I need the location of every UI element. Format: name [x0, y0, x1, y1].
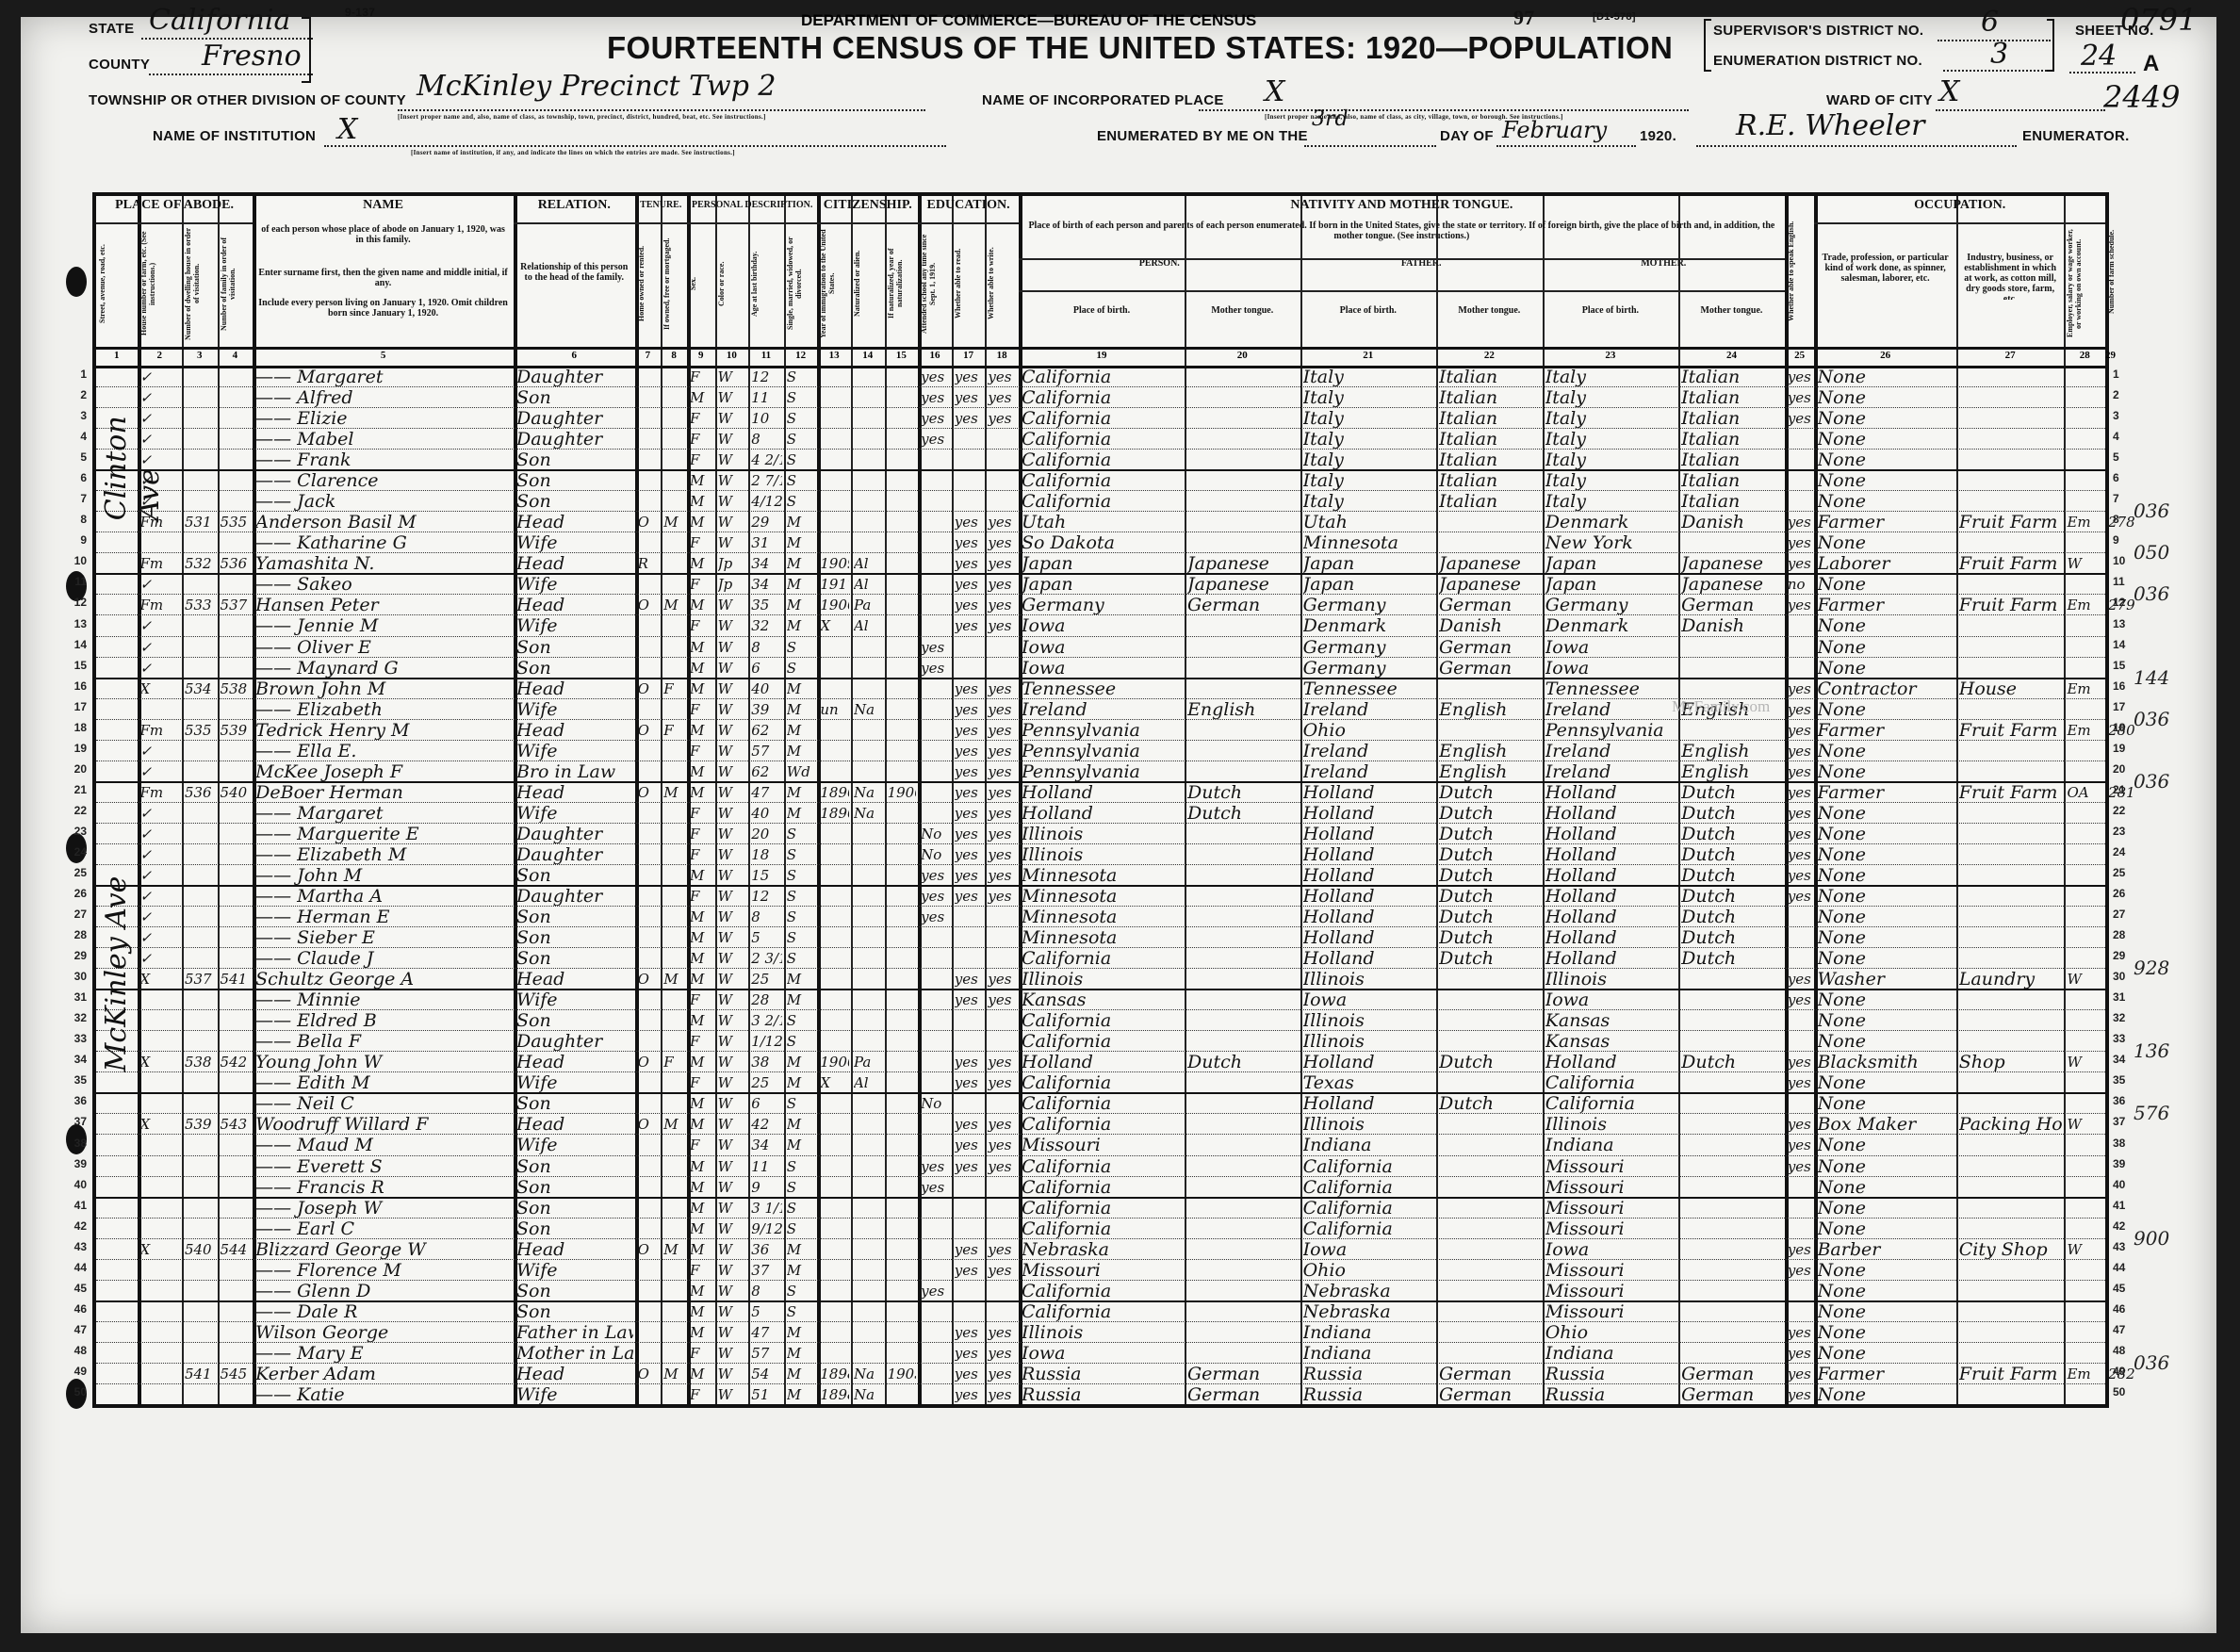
cell-employer: [2067, 490, 2103, 511]
table-row: —— Glenn DSonMW8SyesCaliforniaNebraskaMi…: [96, 1280, 2105, 1300]
cell-marital: S: [787, 843, 816, 864]
cell-race: W: [718, 947, 747, 968]
cell-natyr: [888, 1051, 917, 1071]
cell-house: [140, 1218, 180, 1238]
table-row: X534538Brown John MHeadOFMW40MyesyesTenn…: [96, 678, 2105, 698]
cell-trade: Farmer: [1817, 1363, 1954, 1383]
cell-relation: Wife: [516, 1259, 633, 1280]
cell-marital: S: [787, 1030, 816, 1051]
cell-school: [921, 614, 950, 635]
cell-own: [638, 1342, 660, 1363]
cell-sex: M: [690, 1218, 713, 1238]
cell-f-pob: Indiana: [1303, 1134, 1434, 1154]
cell-age: 57: [751, 1342, 782, 1363]
cell-english: yes: [1788, 989, 1813, 1009]
column-number: 27: [1956, 350, 2065, 361]
cell-m-pob: Illinois: [1545, 1113, 1676, 1134]
line-number-left: 21: [64, 783, 87, 796]
cell-m-tongue: German: [1681, 1363, 1783, 1383]
line-number-left: 14: [64, 638, 87, 651]
cell-m-tongue: [1681, 1280, 1783, 1300]
cell-immig: [820, 678, 849, 698]
cell-dwelling: [185, 636, 216, 657]
cell-pob: Tennessee: [1022, 678, 1183, 698]
cell-own: [638, 1134, 660, 1154]
cell-natyr: [888, 532, 917, 552]
line-number-right: 44: [2113, 1261, 2125, 1274]
cell-m-tongue: [1681, 1342, 1783, 1363]
cell-race: W: [718, 1218, 747, 1238]
cell-own: O: [638, 1051, 660, 1071]
cell-tongue: Japanese: [1187, 573, 1299, 594]
cell-marital: S: [787, 1092, 816, 1113]
cell-house: [140, 1030, 180, 1051]
cell-house: [140, 1197, 180, 1218]
cell-age: 25: [751, 1071, 782, 1092]
cell-m-tongue: [1681, 1321, 1783, 1342]
table-row: —— Francis RSonMW9SyesCaliforniaCaliforn…: [96, 1176, 2105, 1197]
cell-race: Jp: [718, 573, 747, 594]
line-number-right: 5: [2113, 450, 2119, 464]
cell-employer: Em: [2067, 678, 2103, 698]
cell-race: W: [718, 1300, 747, 1321]
cell-race: W: [718, 1342, 747, 1363]
cell-m-tongue: [1681, 1113, 1783, 1134]
cell-employer: [2067, 573, 2103, 594]
subheader-house: House number or farm, etc. (See instruct…: [139, 226, 180, 341]
line-number-left: 36: [64, 1094, 87, 1107]
cell-write: yes: [988, 761, 1017, 781]
cell-read: yes: [955, 511, 984, 532]
cell-nat: [854, 678, 883, 698]
cell-own: [638, 614, 660, 635]
cell-f-tongue: [1439, 678, 1541, 698]
cell-industry: [1959, 698, 2063, 719]
cell-f-pob: California: [1303, 1218, 1434, 1238]
cell-english: yes: [1788, 698, 1813, 719]
cell-dwelling: 531: [185, 511, 216, 532]
cell-immig: [820, 989, 849, 1009]
cell-dwelling: [185, 1030, 216, 1051]
cell-read: yes: [955, 407, 984, 428]
line-number-left: 12: [64, 596, 87, 609]
industry-code-annotation: 576: [2134, 1102, 2169, 1124]
line-number-left: 16: [64, 679, 87, 693]
cell-trade: None: [1817, 1321, 1954, 1342]
cell-race: W: [718, 449, 747, 469]
cell-read: yes: [955, 843, 984, 864]
column-number: 10: [715, 350, 749, 361]
cell-name: Schultz George A: [255, 968, 512, 989]
cell-family: [221, 573, 252, 594]
cell-m-tongue: [1681, 636, 1783, 657]
cell-tongue: [1187, 1155, 1299, 1176]
cell-trade: None: [1817, 469, 1954, 490]
line-number-right: 38: [2113, 1137, 2125, 1150]
cell-m-pob: New York: [1545, 532, 1676, 552]
cell-mort: [663, 1259, 685, 1280]
cell-f-tongue: Italian: [1439, 449, 1541, 469]
cell-read: yes: [955, 1155, 984, 1176]
cell-sex: M: [690, 947, 713, 968]
cell-marital: M: [787, 740, 816, 761]
table-row: —— Edith MWifeFW25MXAlyesyesCaliforniaTe…: [96, 1071, 2105, 1092]
cell-mort: [663, 1071, 685, 1092]
cell-own: [638, 1280, 660, 1300]
table-row: —— Katharine GWifeFW31MyesyesSo DakotaMi…: [96, 532, 2105, 552]
cell-m-tongue: German: [1681, 594, 1783, 614]
cell-mort: [663, 449, 685, 469]
column-number: 22: [1436, 350, 1543, 361]
cell-write: yes: [988, 781, 1017, 802]
cell-age: 62: [751, 761, 782, 781]
cell-write: [988, 1197, 1017, 1218]
cell-race: W: [718, 926, 747, 947]
cell-school: [921, 740, 950, 761]
cell-natyr: [888, 1030, 917, 1051]
cell-nat: [854, 864, 883, 885]
subheader-place-of_birth: Place of birth.: [1543, 305, 1678, 324]
cell-name: Kerber Adam: [255, 1363, 512, 1383]
cell-f-tongue: Italian: [1439, 386, 1541, 407]
cell-marital: M: [787, 1134, 816, 1154]
cell-house: [140, 1092, 180, 1113]
cell-marital: M: [787, 1051, 816, 1071]
cell-house: [140, 1280, 180, 1300]
cell-family: [221, 469, 252, 490]
cell-write: [988, 1218, 1017, 1238]
cell-f-tongue: German: [1439, 657, 1541, 678]
cell-m-pob: Denmark: [1545, 614, 1676, 635]
cell-write: yes: [988, 740, 1017, 761]
cell-relation: Wife: [516, 802, 633, 823]
cell-read: [955, 1197, 984, 1218]
cell-write: yes: [988, 532, 1017, 552]
cell-english: yes: [1788, 1363, 1813, 1383]
cell-age: 47: [751, 781, 782, 802]
cell-immig: [820, 1113, 849, 1134]
cell-race: W: [718, 1009, 747, 1030]
cell-marital: M: [787, 968, 816, 989]
cell-read: [955, 449, 984, 469]
cell-immig: [820, 469, 849, 490]
cell-f-tongue: Dutch: [1439, 802, 1541, 823]
cell-f-tongue: [1439, 1259, 1541, 1280]
cell-name: DeBoer Herman: [255, 781, 512, 802]
cell-family: [221, 823, 252, 843]
cell-f-tongue: Japanese: [1439, 573, 1541, 594]
cell-own: [638, 1383, 660, 1404]
line-number-right: 30: [2113, 970, 2125, 983]
cell-immig: [820, 1009, 849, 1030]
cell-relation: Son: [516, 906, 633, 926]
cell-own: O: [638, 594, 660, 614]
table-row: —— Bella FDaughterFW1/12SCaliforniaIllin…: [96, 1030, 2105, 1051]
table-row: ✓—— MargaretWifeFW40M1890NayesyesHolland…: [96, 802, 2105, 823]
line-number-right: 22: [2113, 804, 2125, 817]
cell-name: —— Earl C: [255, 1218, 512, 1238]
cell-mort: [663, 636, 685, 657]
cell-relation: Son: [516, 1280, 633, 1300]
cell-immig: [820, 1092, 849, 1113]
cell-employer: [2067, 926, 2103, 947]
cell-m-pob: Italy: [1545, 366, 1676, 386]
cell-f-pob: Denmark: [1303, 614, 1434, 635]
cell-f-tongue: [1439, 989, 1541, 1009]
cell-immig: un: [820, 698, 849, 719]
cell-nat: [854, 1259, 883, 1280]
cell-nat: [854, 1280, 883, 1300]
cell-mort: [663, 698, 685, 719]
cell-age: 1/12: [751, 1030, 782, 1051]
subheader-age: Age at last birthday.: [750, 226, 782, 341]
cell-marital: M: [787, 719, 816, 740]
cell-name: —— Margaret: [255, 366, 512, 386]
cell-english: yes: [1788, 407, 1813, 428]
cell-tongue: [1187, 906, 1299, 926]
cell-marital: S: [787, 823, 816, 843]
cell-house: [140, 1176, 180, 1197]
subheader-nat: Naturalized or alien.: [853, 226, 883, 341]
cell-read: yes: [955, 532, 984, 552]
cell-pob: Missouri: [1022, 1134, 1183, 1154]
cell-tongue: [1187, 740, 1299, 761]
cell-pob: Illinois: [1022, 843, 1183, 864]
cell-age: 36: [751, 1238, 782, 1259]
cell-tongue: [1187, 823, 1299, 843]
cell-name: —— Martha A: [255, 885, 512, 906]
cell-trade: Farmer: [1817, 594, 1954, 614]
cell-marital: S: [787, 366, 816, 386]
cell-industry: [1959, 864, 2063, 885]
industry-code-annotation: 136: [2134, 1039, 2169, 1062]
cell-trade: None: [1817, 1300, 1954, 1321]
cell-relation: Son: [516, 1176, 633, 1197]
cell-write: yes: [988, 573, 1017, 594]
cell-m-pob: California: [1545, 1092, 1676, 1113]
cell-m-tongue: Dutch: [1681, 1051, 1783, 1071]
township-note: [Insert proper name and, also, name of c…: [398, 113, 925, 121]
cell-m-pob: Holland: [1545, 906, 1676, 926]
cell-industry: [1959, 1197, 2063, 1218]
cell-write: yes: [988, 698, 1017, 719]
cell-name: —— Joseph W: [255, 1197, 512, 1218]
cell-own: [638, 1176, 660, 1197]
cell-employer: W: [2067, 1051, 2103, 1071]
cell-f-pob: Italy: [1303, 386, 1434, 407]
cell-f-tongue: [1439, 719, 1541, 740]
cell-tongue: [1187, 1238, 1299, 1259]
cell-employer: [2067, 698, 2103, 719]
cell-marital: M: [787, 1321, 816, 1342]
cell-f-pob: Nebraska: [1303, 1300, 1434, 1321]
cell-mort: [663, 1383, 685, 1404]
cell-write: [988, 657, 1017, 678]
line-number-left: 17: [64, 700, 87, 713]
cell-m-tongue: Danish: [1681, 614, 1783, 635]
right-stamp: 2449: [2103, 79, 2180, 115]
ward-label: WARD OF CITY: [1826, 92, 1933, 108]
cell-race: W: [718, 407, 747, 428]
cell-f-pob: Ireland: [1303, 740, 1434, 761]
cell-own: [638, 761, 660, 781]
cell-m-pob: Indiana: [1545, 1134, 1676, 1154]
cell-read: yes: [955, 719, 984, 740]
cell-own: [638, 490, 660, 511]
cell-industry: [1959, 989, 2063, 1009]
cell-f-pob: Iowa: [1303, 989, 1434, 1009]
cell-house: ✓: [140, 947, 180, 968]
cell-tongue: English: [1187, 698, 1299, 719]
cell-family: [221, 386, 252, 407]
cell-family: [221, 1009, 252, 1030]
cell-school: [921, 573, 950, 594]
table-row: Fm531535Anderson Basil MHeadOMMW29Myesye…: [96, 511, 2105, 532]
cell-age: 11: [751, 1155, 782, 1176]
cell-f-tongue: [1439, 1218, 1541, 1238]
cell-school: [921, 490, 950, 511]
cell-race: W: [718, 469, 747, 490]
cell-school: yes: [921, 885, 950, 906]
census-sheet: 9-137 DEPARTMENT OF COMMERCE—BUREAU OF T…: [21, 17, 2216, 1633]
cell-family: [221, 947, 252, 968]
cell-pob: California: [1022, 1092, 1183, 1113]
line-number-left: 24: [64, 845, 87, 859]
cell-pob: Minnesota: [1022, 864, 1183, 885]
line-number-right: 31: [2113, 990, 2125, 1004]
cell-english: yes: [1788, 843, 1813, 864]
line-number-left: 34: [64, 1053, 87, 1066]
cell-m-tongue: Italian: [1681, 490, 1783, 511]
cell-school: [921, 1071, 950, 1092]
cell-english: yes: [1788, 1113, 1813, 1134]
cell-pob: California: [1022, 1071, 1183, 1092]
cell-dwelling: [185, 407, 216, 428]
cell-nat: [854, 657, 883, 678]
cell-mort: [663, 573, 685, 594]
cell-age: 4/12: [751, 490, 782, 511]
cell-mort: [663, 1342, 685, 1363]
cell-relation: Daughter: [516, 428, 633, 449]
cell-race: W: [718, 532, 747, 552]
cell-dwelling: [185, 1259, 216, 1280]
cell-nat: [854, 1030, 883, 1051]
cell-write: yes: [988, 366, 1017, 386]
cell-sex: F: [690, 843, 713, 864]
line-number-right: 32: [2113, 1011, 2125, 1024]
cell-age: 34: [751, 1134, 782, 1154]
cell-m-pob: Japan: [1545, 573, 1676, 594]
cell-f-tongue: [1439, 511, 1541, 532]
table-row: —— Mary EMother in LawFW57MyesyesIowaInd…: [96, 1342, 2105, 1363]
cell-name: —— Sieber E: [255, 926, 512, 947]
cell-english: [1788, 947, 1813, 968]
cell-m-pob: Holland: [1545, 947, 1676, 968]
cell-read: yes: [955, 1113, 984, 1134]
cell-immig: 1898: [820, 1383, 849, 1404]
cell-age: 8: [751, 906, 782, 926]
cell-marital: S: [787, 1218, 816, 1238]
cell-age: 34: [751, 552, 782, 573]
cell-f-pob: Holland: [1303, 947, 1434, 968]
cell-immig: [820, 947, 849, 968]
column-number: 21: [1300, 350, 1436, 361]
cell-race: W: [718, 698, 747, 719]
cell-employer: [2067, 614, 2103, 635]
line-number-left: 29: [64, 949, 87, 962]
cell-own: [638, 1009, 660, 1030]
cell-trade: Contractor: [1817, 678, 1954, 698]
cell-industry: [1959, 802, 2063, 823]
cell-natyr: [888, 552, 917, 573]
cell-write: yes: [988, 1363, 1017, 1383]
cell-age: 15: [751, 864, 782, 885]
cell-house: [140, 1321, 180, 1342]
cell-school: [921, 1009, 950, 1030]
cell-mort: [663, 428, 685, 449]
cell-f-tongue: [1439, 1113, 1541, 1134]
cell-m-tongue: Dutch: [1681, 906, 1783, 926]
line-number-right: 46: [2113, 1302, 2125, 1316]
industry-code-annotation: 144: [2134, 666, 2169, 689]
column-number: 11: [748, 350, 784, 361]
cell-race: W: [718, 1259, 747, 1280]
cell-nat: Al: [854, 552, 883, 573]
cell-race: W: [718, 1051, 747, 1071]
cell-marital: M: [787, 802, 816, 823]
cell-nat: [854, 906, 883, 926]
cell-read: yes: [955, 1321, 984, 1342]
line-number-left: 3: [64, 409, 87, 422]
cell-trade: None: [1817, 885, 1954, 906]
line-number-right: 15: [2113, 659, 2125, 672]
cell-own: R: [638, 552, 660, 573]
cell-nat: [854, 511, 883, 532]
cell-mort: [663, 490, 685, 511]
cell-family: [221, 906, 252, 926]
cell-age: 32: [751, 614, 782, 635]
cell-industry: [1959, 1092, 2063, 1113]
table-row: ✓—— Herman ESonMW8SyesMinnesotaHollandDu…: [96, 906, 2105, 926]
cell-sex: M: [690, 511, 713, 532]
cell-school: [921, 719, 950, 740]
cell-dwelling: [185, 1321, 216, 1342]
form-code: [D1-578]: [1593, 11, 1636, 23]
cell-write: yes: [988, 1134, 1017, 1154]
cell-own: [638, 1197, 660, 1218]
cell-dwelling: [185, 490, 216, 511]
cell-sex: F: [690, 407, 713, 428]
cell-age: 12: [751, 885, 782, 906]
cell-f-pob: Japan: [1303, 573, 1434, 594]
cell-employer: [2067, 1030, 2103, 1051]
cell-english: yes: [1788, 386, 1813, 407]
cell-f-tongue: German: [1439, 1383, 1541, 1404]
table-row: Fm532536Yamashita N.HeadRMJp34M1909Alyes…: [96, 552, 2105, 573]
cell-sex: F: [690, 823, 713, 843]
cell-english: [1788, 1030, 1813, 1051]
enumerator-name: R.E. Wheeler: [1736, 109, 1924, 142]
nativity-description: Place of birth of each person and parent…: [1028, 221, 1775, 249]
cell-relation: Head: [516, 552, 633, 573]
column-number: 19: [1019, 350, 1185, 361]
cell-sex: F: [690, 366, 713, 386]
cell-relation: Head: [516, 1051, 633, 1071]
cell-trade: None: [1817, 926, 1954, 947]
cell-relation: Son: [516, 449, 633, 469]
cell-m-pob: Kansas: [1545, 1030, 1676, 1051]
cell-trade: None: [1817, 490, 1954, 511]
